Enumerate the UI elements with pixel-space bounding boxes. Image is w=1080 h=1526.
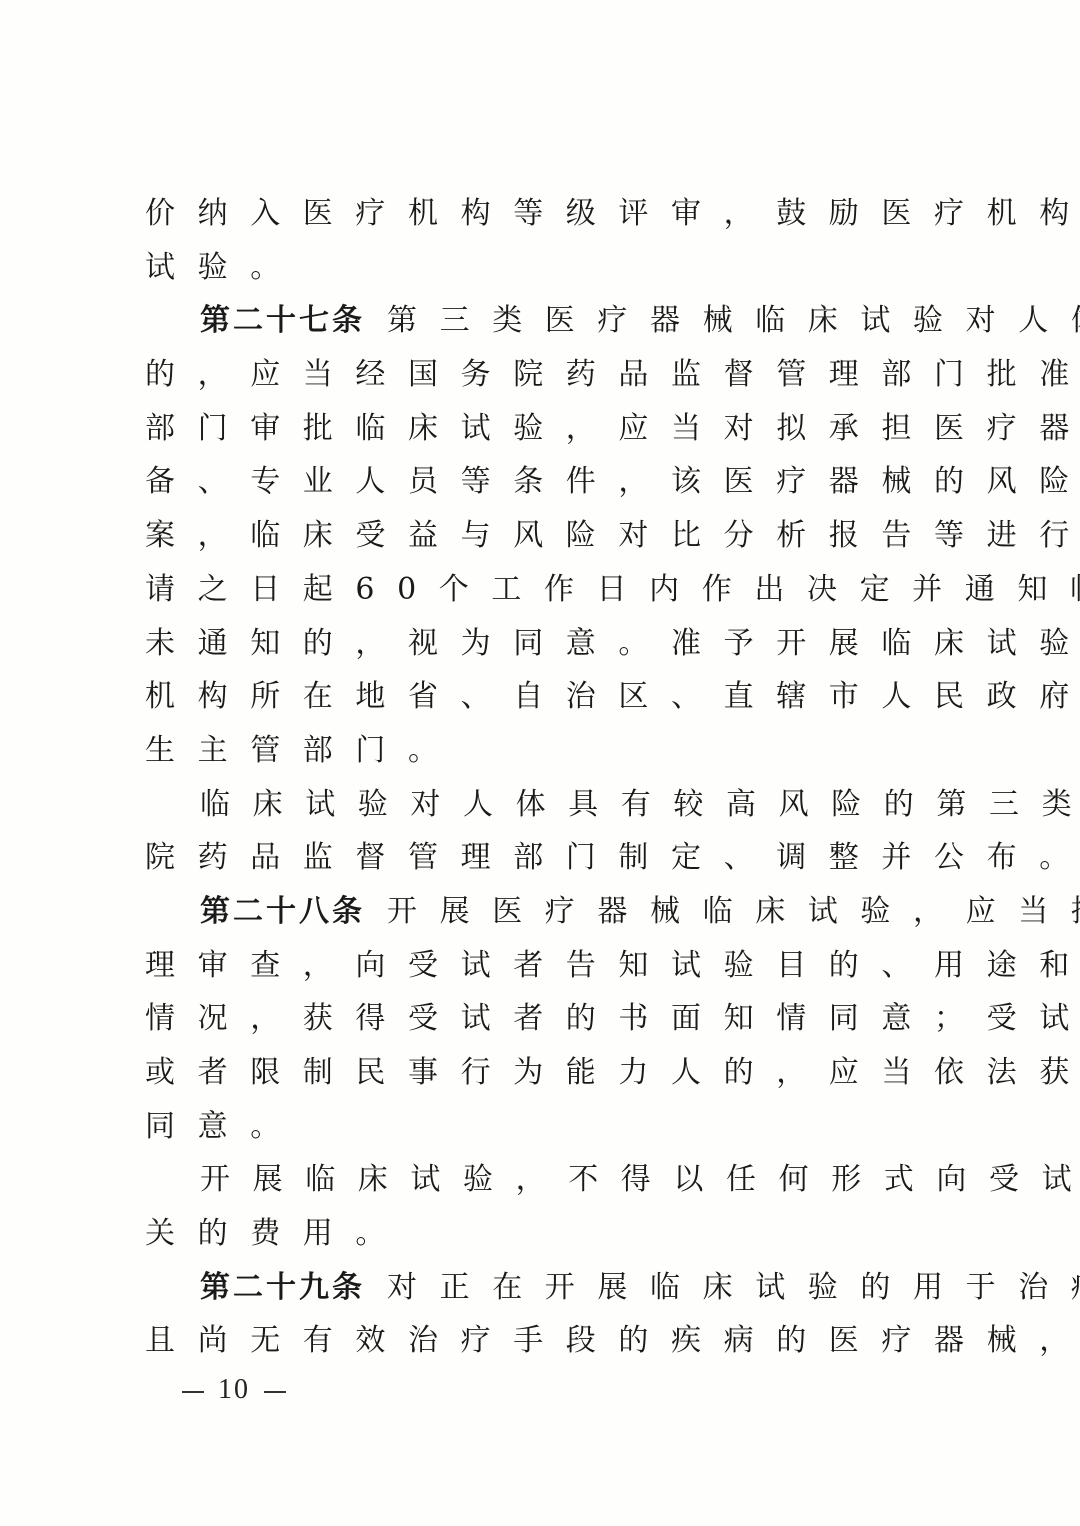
line-text: 且尚无有效治疗手段的疾病的医疗器械，经医学观察可能使患者 xyxy=(145,1323,1080,1358)
text-line: 或者限制民事行为能力人的，应当依法获得其监护人的书面知情 xyxy=(145,1046,945,1100)
line-text: 机构所在地省、自治区、直辖市人民政府药品监督管理部门和卫 xyxy=(145,679,1080,714)
document-page: 价纳入医疗机构等级评审，鼓励医疗机构开展创新医疗器械临床 试验。 第二十七条第三… xyxy=(0,0,1080,1526)
text-line: 未通知的，视为同意。准予开展临床试验的，应当通报临床试验 xyxy=(145,617,945,671)
text-line: 请之日起60个工作日内作出决定并通知临床试验申办者。逾期 xyxy=(145,563,945,617)
line-text: 第三类医疗器械临床试验对人体具有较高风险 xyxy=(387,303,1080,338)
text-line: 情况，获得受试者的书面知情同意；受试者为无民事行为能力人 xyxy=(145,992,945,1046)
line-text: 备、专业人员等条件，该医疗器械的风险程度，临床试验实施方 xyxy=(145,464,1080,499)
text-line: 部门审批临床试验，应当对拟承担医疗器械临床试验的机构的设 xyxy=(145,402,945,456)
line-text: 开展临床试验，不得以任何形式向受试者收取与临床试验有 xyxy=(200,1162,1080,1197)
line-text: 或者限制民事行为能力人的，应当依法获得其监护人的书面知情 xyxy=(145,1055,1080,1090)
line-text: 案，临床受益与风险对比分析报告等进行综合分析，并自受理申 xyxy=(145,518,1080,553)
line-text: 情况，获得受试者的书面知情同意；受试者为无民事行为能力人 xyxy=(145,1001,1080,1036)
text-line: 试验。 xyxy=(145,241,945,295)
dash-right xyxy=(264,1391,286,1393)
line-text: 开展医疗器械临床试验，应当按照规定进行伦 xyxy=(387,894,1080,929)
document-body: 价纳入医疗机构等级评审，鼓励医疗机构开展创新医疗器械临床 试验。 第二十七条第三… xyxy=(145,187,945,1368)
line-text: 请之日起60个工作日内作出决定并通知临床试验申办者。逾期 xyxy=(145,572,1080,607)
line-text: 生主管部门。 xyxy=(145,733,461,768)
line-text: 部门审批临床试验，应当对拟承担医疗器械临床试验的机构的设 xyxy=(145,411,1080,446)
line-text: 关的费用。 xyxy=(145,1216,408,1251)
line-text: 院药品监督管理部门制定、调整并公布。 xyxy=(145,840,1080,875)
text-line: 院药品监督管理部门制定、调整并公布。 xyxy=(145,831,945,885)
article-heading: 第二十八条 xyxy=(200,894,365,929)
text-line: 价纳入医疗机构等级评审，鼓励医疗机构开展创新医疗器械临床 xyxy=(145,187,945,241)
text-line: 理审查，向受试者告知试验目的、用途和可能产生的风险等详细 xyxy=(145,939,945,993)
page-number: 10 xyxy=(168,1374,300,1406)
line-text: 未通知的，视为同意。准予开展临床试验的，应当通报临床试验 xyxy=(145,626,1080,661)
article-heading: 第二十七条 xyxy=(200,303,365,338)
page-number-value: 10 xyxy=(218,1374,250,1405)
text-line: 且尚无有效治疗手段的疾病的医疗器械，经医学观察可能使患者 xyxy=(145,1314,945,1368)
paragraph-first-line: 开展临床试验，不得以任何形式向受试者收取与临床试验有 xyxy=(145,1153,945,1207)
text-line: 案，临床受益与风险对比分析报告等进行综合分析，并自受理申 xyxy=(145,509,945,563)
line-text: 临床试验对人体具有较高风险的第三类医疗器械目录由国务 xyxy=(200,787,1080,822)
paragraph-first-line: 临床试验对人体具有较高风险的第三类医疗器械目录由国务 xyxy=(145,778,945,832)
text-line: 备、专业人员等条件，该医疗器械的风险程度，临床试验实施方 xyxy=(145,455,945,509)
article-heading: 第二十九条 xyxy=(200,1270,365,1305)
line-text: 同意。 xyxy=(145,1109,303,1144)
article-28-first-line: 第二十八条开展医疗器械临床试验，应当按照规定进行伦 xyxy=(145,885,945,939)
text-line: 关的费用。 xyxy=(145,1207,945,1261)
text-line: 的，应当经国务院药品监督管理部门批准。国务院药品监督管理 xyxy=(145,348,945,402)
text-line: 生主管部门。 xyxy=(145,724,945,778)
line-text: 对正在开展临床试验的用于治疗严重危及生命 xyxy=(387,1270,1080,1305)
dash-left xyxy=(182,1391,204,1393)
text-line: 机构所在地省、自治区、直辖市人民政府药品监督管理部门和卫 xyxy=(145,670,945,724)
line-text: 理审查，向受试者告知试验目的、用途和可能产生的风险等详细 xyxy=(145,948,1080,983)
line-text: 价纳入医疗机构等级评审，鼓励医疗机构开展创新医疗器械临床 xyxy=(145,196,1080,231)
line-text: 的，应当经国务院药品监督管理部门批准。国务院药品监督管理 xyxy=(145,357,1080,392)
text-line: 同意。 xyxy=(145,1100,945,1154)
line-text: 试验。 xyxy=(145,250,303,285)
article-29-first-line: 第二十九条对正在开展临床试验的用于治疗严重危及生命 xyxy=(145,1261,945,1315)
article-27-first-line: 第二十七条第三类医疗器械临床试验对人体具有较高风险 xyxy=(145,294,945,348)
